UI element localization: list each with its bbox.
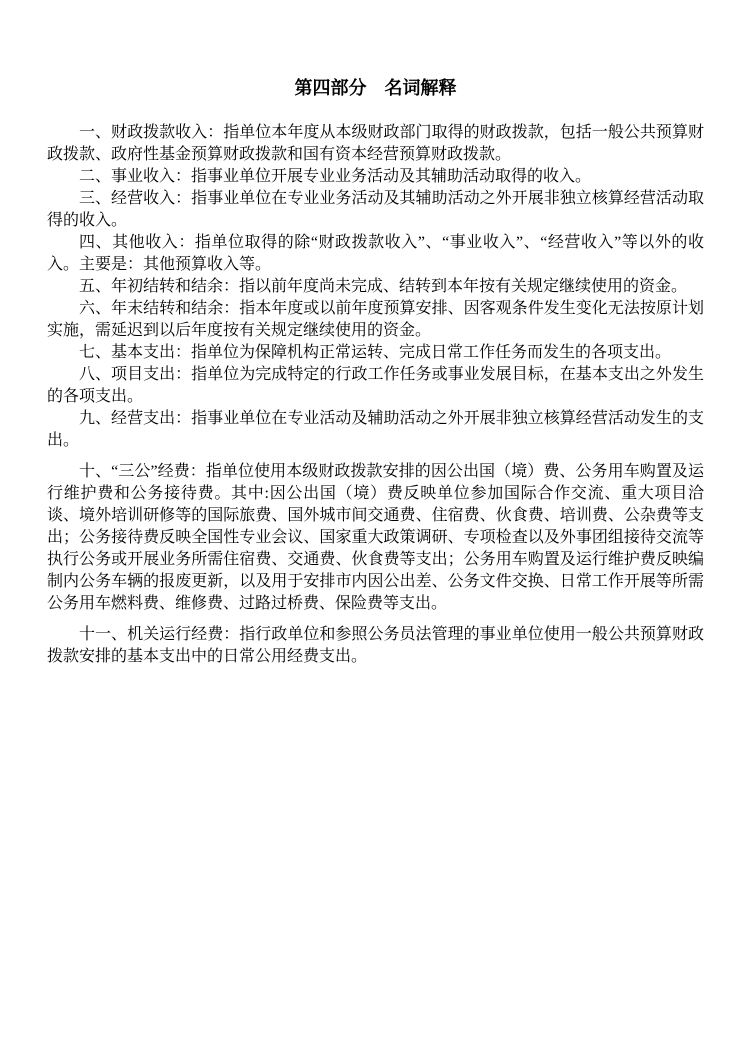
definition-paragraph-2: 二、事业收入：指事业单位开展专业业务活动及其辅助活动取得的收入。 (47, 166, 704, 188)
page-title: 第四部分 名词解释 (47, 78, 704, 98)
definition-paragraph-8: 八、项目支出：指单位为完成特定的行政工作任务或事业发展目标，在基本支出之外发生的… (47, 364, 704, 408)
definition-paragraph-3: 三、经营收入：指事业单位在专业业务活动及其辅助活动之外开展非独立核算经营活动取得… (47, 188, 704, 232)
definition-paragraph-4: 四、其他收入：指单位取得的除“财政拨款收入”、“事业收入”、“经营收入”等以外的… (47, 232, 704, 276)
definition-paragraph-11: 十一、机关运行经费：指行政单位和参照公务员法管理的事业单位使用一般公共预算财政拨… (47, 624, 704, 668)
document-content: 第四部分 名词解释 一、财政拨款收入：指单位本年度从本级财政部门取得的财政拨款，… (47, 78, 704, 668)
definition-paragraph-1: 一、财政拨款收入：指单位本年度从本级财政部门取得的财政拨款，包括一般公共预算财政… (47, 122, 704, 166)
definition-paragraph-7: 七、基本支出：指单位为保障机构正常运转、完成日常工作任务而发生的各项支出。 (47, 342, 704, 364)
document-page: 第四部分 名词解释 一、财政拨款收入：指单位本年度从本级财政部门取得的财政拨款，… (0, 0, 750, 1061)
definition-paragraph-9: 九、经营支出：指事业单位在专业活动及辅助活动之外开展非独立核算经营活动发生的支出… (47, 408, 704, 452)
definition-paragraph-10: 十、“三公”经费：指单位使用本级财政拨款安排的因公出国（境）费、公务用车购置及运… (47, 461, 704, 615)
definition-paragraph-5: 五、年初结转和结余：指以前年度尚未完成、结转到本年按有关规定继续使用的资金。 (47, 276, 704, 298)
definition-paragraph-6: 六、年末结转和结余：指本年度或以前年度预算安排、因客观条件发生变化无法按原计划实… (47, 298, 704, 342)
